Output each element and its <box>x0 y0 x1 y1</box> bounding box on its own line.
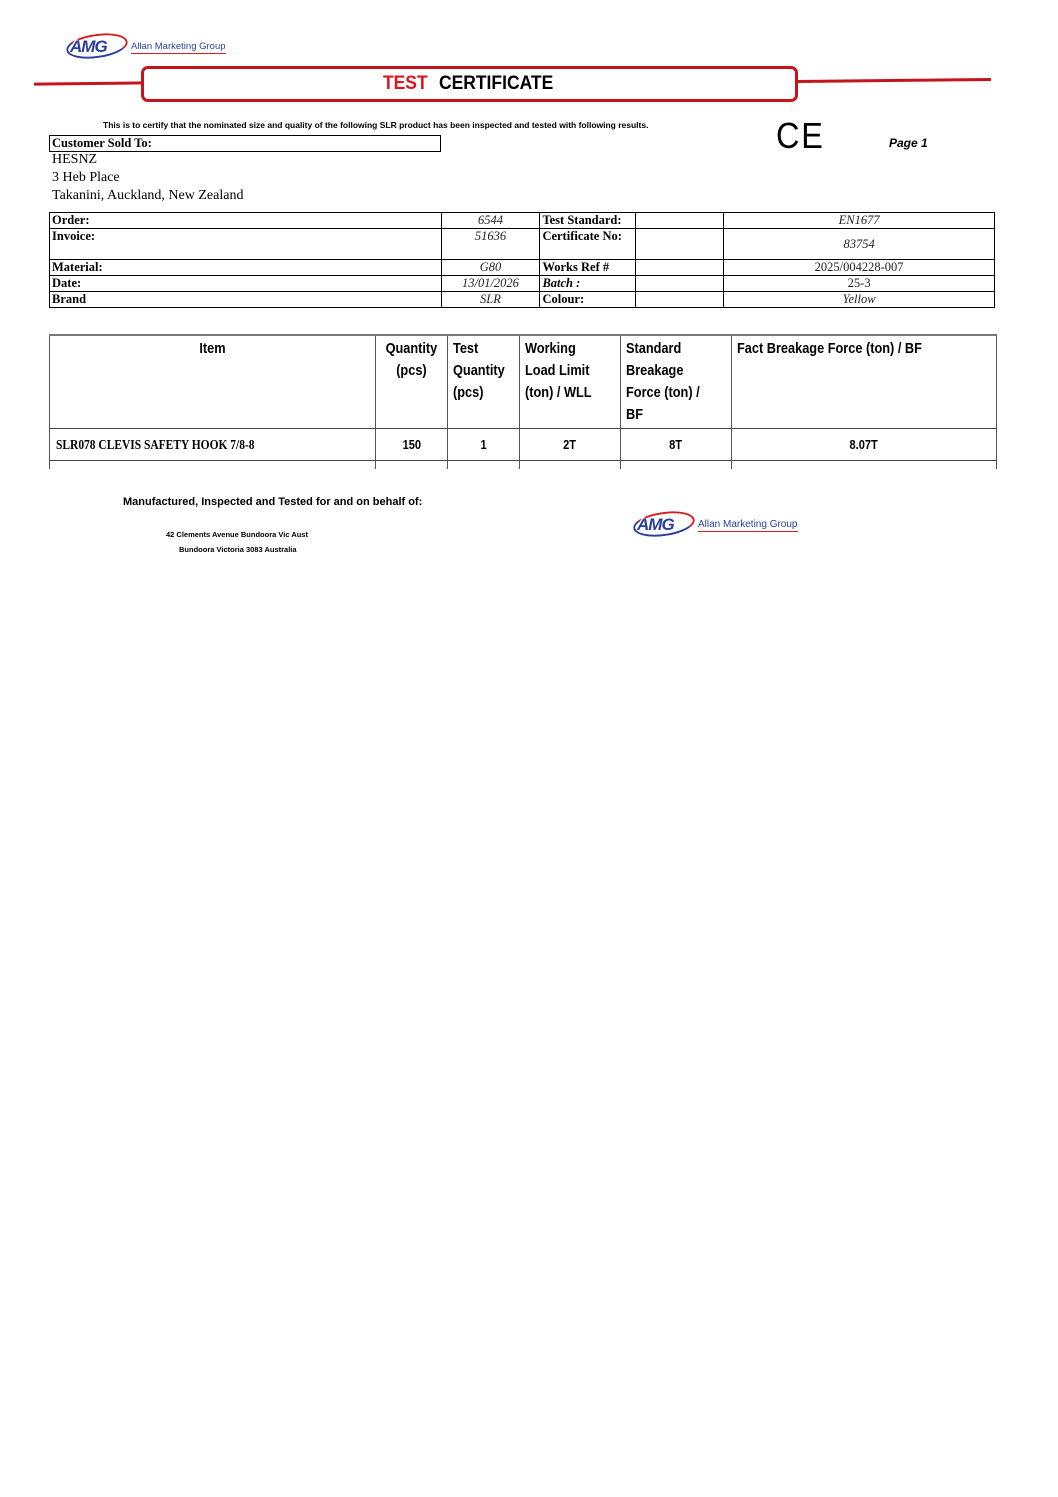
info-row-invoice: Invoice: 51636 Certificate No: 83754 <box>50 229 995 260</box>
manufacturer-statement: Manufactured, Inspected and Tested for a… <box>123 496 422 508</box>
invoice-value: 51636 <box>441 229 540 260</box>
works-ref-value: 2025/004228-007 <box>724 260 995 276</box>
title-highlight: TEST <box>383 73 428 95</box>
certify-statement: This is to certify that the nominated si… <box>103 120 648 130</box>
test-standard-label: Test Standard: <box>540 213 636 229</box>
amg-logo-badge-icon: AMG <box>633 512 697 538</box>
header-fact-bf: Fact Breakage Force (ton) / BF <box>731 335 996 429</box>
customer-address-line2: Takanini, Auckland, New Zealand <box>52 188 243 204</box>
test-results-table: Item Quantity (pcs) Test Quantity (pcs) … <box>49 334 997 469</box>
colour-label: Colour: <box>540 292 636 308</box>
info-row-order: Order: 6544 Test Standard: EN1677 <box>50 213 995 229</box>
certificate-no-label: Certificate No: <box>540 229 636 260</box>
title-rule-right <box>798 78 991 83</box>
info-blank-cell <box>636 292 724 308</box>
info-blank-cell <box>636 229 724 260</box>
header-standard-bf: Standard Breakage Force (ton) / BF <box>620 335 731 429</box>
date-value: 13/01/2026 <box>441 276 540 292</box>
logo-company-name: Allan Marketing Group <box>698 519 798 532</box>
header-test-quantity: Test Quantity (pcs) <box>448 335 520 429</box>
result-standard-bf: 8T <box>620 429 731 461</box>
info-blank-cell <box>636 213 724 229</box>
logo-company-name: Allan Marketing Group <box>131 41 226 54</box>
result-quantity: 150 <box>376 429 448 461</box>
info-blank-cell <box>636 260 724 276</box>
title-banner: TEST CERTIFICATE <box>141 66 798 102</box>
page-number: Page 1 <box>889 136 928 150</box>
table-row: SLR078 CLEVIS SAFETY HOOK 7/8-8 150 1 2T… <box>50 429 997 461</box>
amg-logo-badge-icon: AMG <box>66 34 130 60</box>
header-item: Item <box>50 335 376 429</box>
info-row-date: Date: 13/01/2026 Batch : 25-3 <box>50 276 995 292</box>
manufacturer-address-line2: Bundoora Victoria 3083 Australia <box>179 545 297 554</box>
invoice-label: Invoice: <box>50 229 442 260</box>
order-value: 6544 <box>441 213 540 229</box>
order-label: Order: <box>50 213 442 229</box>
brand-label: Brand <box>50 292 442 308</box>
logo-letters: AMG <box>637 515 674 535</box>
batch-value: 25-3 <box>724 276 995 292</box>
amg-logo: AMG Allan Marketing Group <box>66 34 226 60</box>
brand-value: SLR <box>441 292 540 308</box>
colour-value: Yellow <box>724 292 995 308</box>
info-row-material: Material: G80 Works Ref # 2025/004228-00… <box>50 260 995 276</box>
material-label: Material: <box>50 260 442 276</box>
batch-label: Batch : <box>540 276 636 292</box>
result-wll: 2T <box>520 429 620 461</box>
result-item: SLR078 CLEVIS SAFETY HOOK 7/8-8 <box>50 429 376 461</box>
title-rest: CERTIFICATE <box>439 73 553 95</box>
material-value: G80 <box>441 260 540 276</box>
header-quantity: Quantity (pcs) <box>376 335 448 429</box>
manufacturer-address-line1: 42 Clements Avenue Bundoora Vic Aust <box>166 530 308 539</box>
test-standard-value: EN1677 <box>724 213 995 229</box>
amg-logo-footer: AMG Allan Marketing Group <box>633 512 798 538</box>
title-rule-left <box>34 81 144 85</box>
result-fact-bf: 8.07T <box>731 429 996 461</box>
customer-name: HESNZ <box>52 152 97 168</box>
customer-address-line1: 3 Heb Place <box>52 170 120 186</box>
info-row-brand: Brand SLR Colour: Yellow <box>50 292 995 308</box>
customer-heading: Customer Sold To: <box>49 135 441 152</box>
order-info-table: Order: 6544 Test Standard: EN1677 Invoic… <box>49 212 995 308</box>
result-test-quantity: 1 <box>448 429 520 461</box>
table-tail-row <box>50 461 997 470</box>
works-ref-label: Works Ref # <box>540 260 636 276</box>
info-blank-cell <box>636 276 724 292</box>
header-wll: Working Load Limit (ton) / WLL <box>520 335 620 429</box>
date-label: Date: <box>50 276 442 292</box>
results-header-row: Item Quantity (pcs) Test Quantity (pcs) … <box>50 335 997 429</box>
certificate-no-value: 83754 <box>724 229 995 260</box>
ce-mark-icon: CE <box>776 118 825 154</box>
logo-letters: AMG <box>70 37 107 57</box>
